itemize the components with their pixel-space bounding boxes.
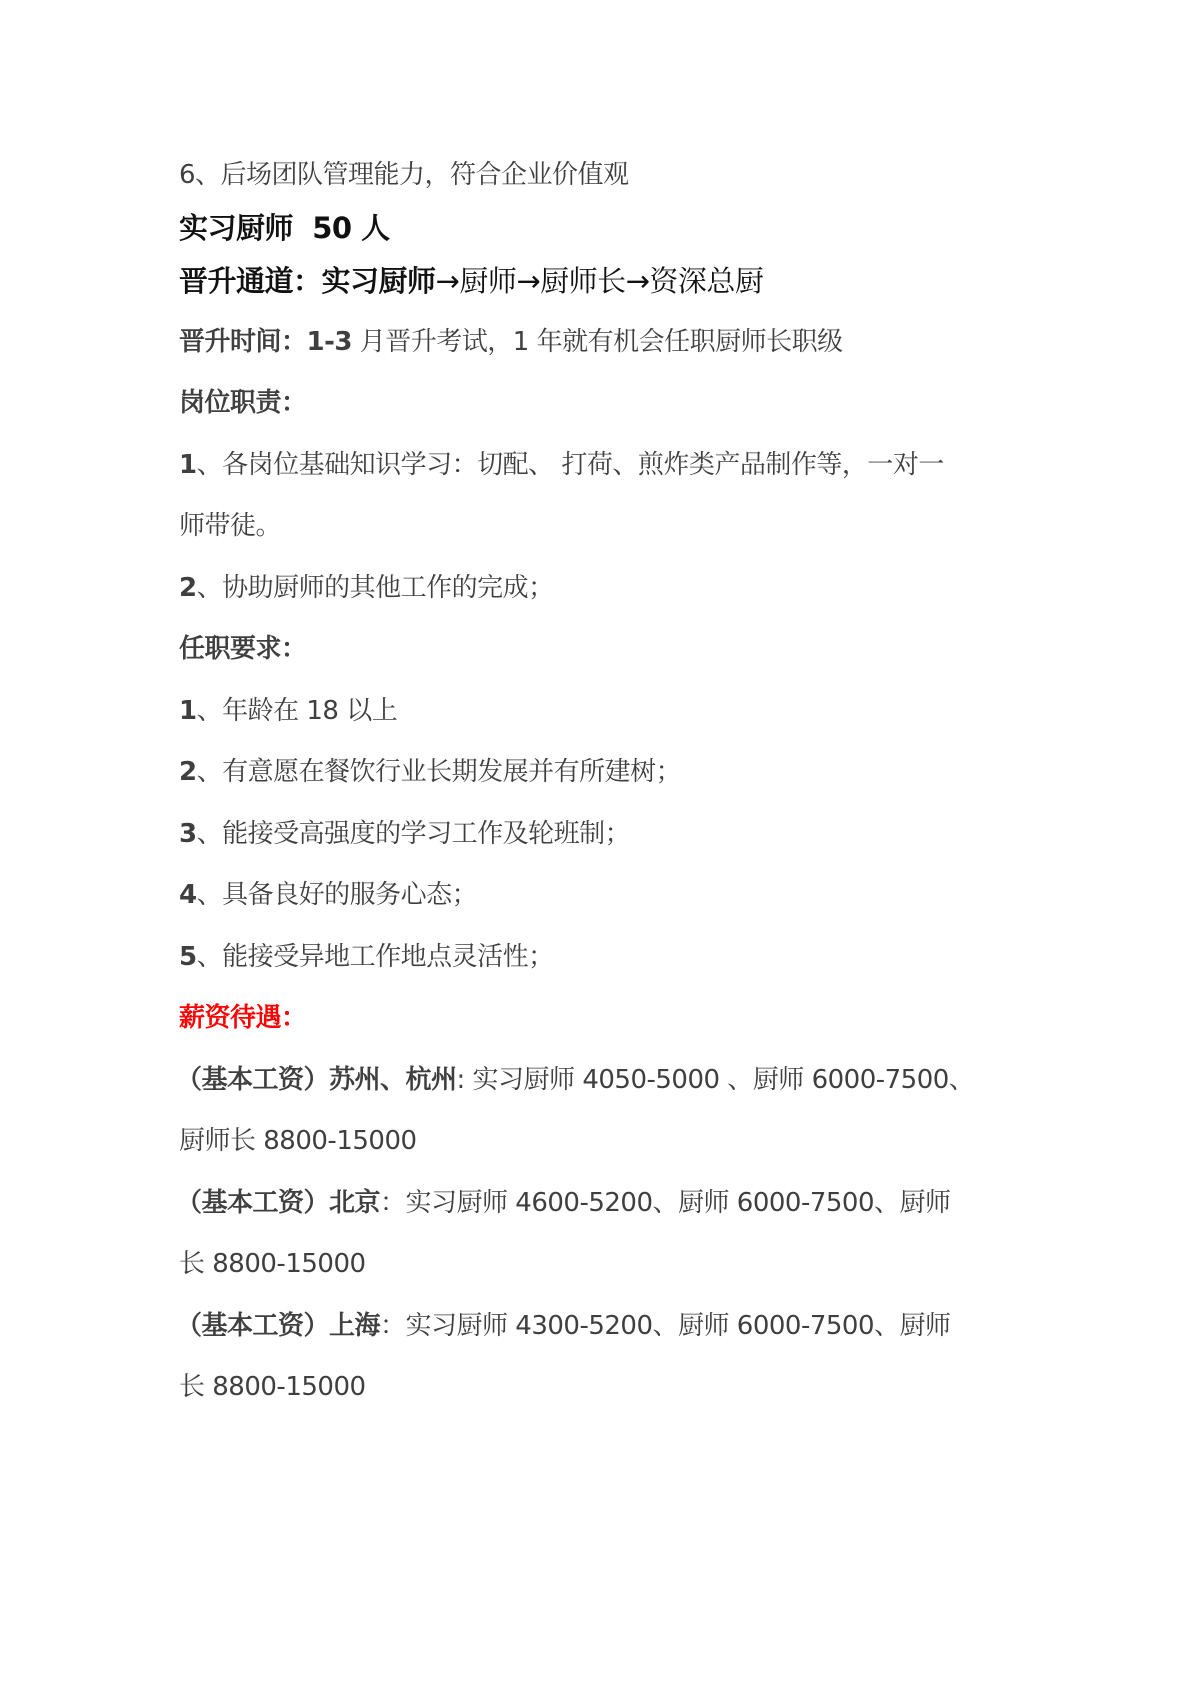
promotion-time: 晋升时间：1-3 月晋升考试，1 年就有机会任职厨师长职级 [179,325,1019,359]
requirements-heading: 任职要求： [179,632,1019,666]
promotion-time-range: 1-3 [307,327,352,357]
promotion-path: 晋升通道：实习厨师→厨师→厨师长→资深总厨 [179,264,1019,298]
item-number: 2 [179,573,197,603]
promotion-time-label: 晋升时间： [179,327,307,357]
promotion-label: 晋升通道： [179,264,322,298]
salary-entry-beijing: （基本工资）北京：实习厨师 4600-5200、厨师 6000-7500、厨师 [176,1186,1016,1220]
headcount: 50 人 [312,211,389,245]
salary-heading: 薪资待遇： [179,1001,1019,1035]
item-text: 、能接受高强度的学习工作及轮班制； [197,819,631,849]
duty-item: 2、协助厨师的其他工作的完成； [179,571,1019,605]
item-number: 2 [179,757,197,787]
item-text: 、各岗位基础知识学习：切配、 打荷、煎炸类产品制作等，一对一 [197,450,944,480]
promotion-start: 实习厨师 [322,264,436,298]
requirement-item: 2、有意愿在餐饮行业长期发展并有所建树； [179,755,1019,789]
salary-entry-continuation: 长 8800-15000 [179,1247,1019,1281]
salary-city: 苏州、杭州 [329,1065,457,1095]
requirement-item: 1、年龄在 18 以上 [179,694,1019,728]
document-page: 6、后场团队管理能力，符合企业价值观 实习厨师 50 人 晋升通道：实习厨师→厨… [0,0,1191,1684]
duty-item: 1、各岗位基础知识学习：切配、 打荷、煎炸类产品制作等，一对一 [179,448,1019,482]
position-title: 实习厨师 50 人 [179,211,1019,245]
item-text: 、有意愿在餐饮行业长期发展并有所建树； [197,757,682,787]
item-number: 5 [179,942,197,972]
salary-entry-continuation: 厨师长 8800-15000 [179,1124,1019,1158]
item-text: 、协助厨师的其他工作的完成； [197,573,554,603]
requirement-item: 4、具备良好的服务心态； [179,878,1019,912]
salary-entry-continuation: 长 8800-15000 [179,1370,1019,1404]
salary-text: : 实习厨师 4050-5000 、厨师 6000-7500、 [457,1065,975,1095]
salary-entry-suzhou-hangzhou: （基本工资）苏州、杭州: 实习厨师 4050-5000 、厨师 6000-750… [176,1063,1016,1097]
requirement-item: 5、能接受异地工作地点灵活性； [179,940,1019,974]
salary-prefix: （基本工资） [176,1311,329,1341]
promotion-time-text: 月晋升考试，1 年就有机会任职厨师长职级 [352,327,843,357]
salary-city: 北京 [329,1188,380,1218]
item-text: 、能接受异地工作地点灵活性； [197,942,554,972]
requirement-item: 3、能接受高强度的学习工作及轮班制； [179,817,1019,851]
duties-heading: 岗位职责： [179,386,1019,420]
salary-text: ：实习厨师 4600-5200、厨师 6000-7500、厨师 [380,1188,950,1218]
item-number: 4 [179,880,197,910]
position-name: 实习厨师 [179,211,293,245]
item-number: 3 [179,819,197,849]
salary-city: 上海 [329,1311,380,1341]
item-number: 1 [179,696,197,726]
item-number: 1 [179,450,197,480]
previous-requirement-item: 6、后场团队管理能力，符合企业价值观 [179,158,1019,192]
salary-entry-shanghai: （基本工资）上海：实习厨师 4300-5200、厨师 6000-7500、厨师 [176,1309,1016,1343]
salary-prefix: （基本工资） [176,1065,329,1095]
salary-text: ：实习厨师 4300-5200、厨师 6000-7500、厨师 [380,1311,950,1341]
duty-item-continuation: 师带徒。 [179,509,1019,543]
promotion-steps: →厨师→厨师长→资深总厨 [436,264,764,298]
salary-prefix: （基本工资） [176,1188,329,1218]
item-text: 、具备良好的服务心态； [197,880,478,910]
item-text: 、年龄在 18 以上 [197,696,398,726]
